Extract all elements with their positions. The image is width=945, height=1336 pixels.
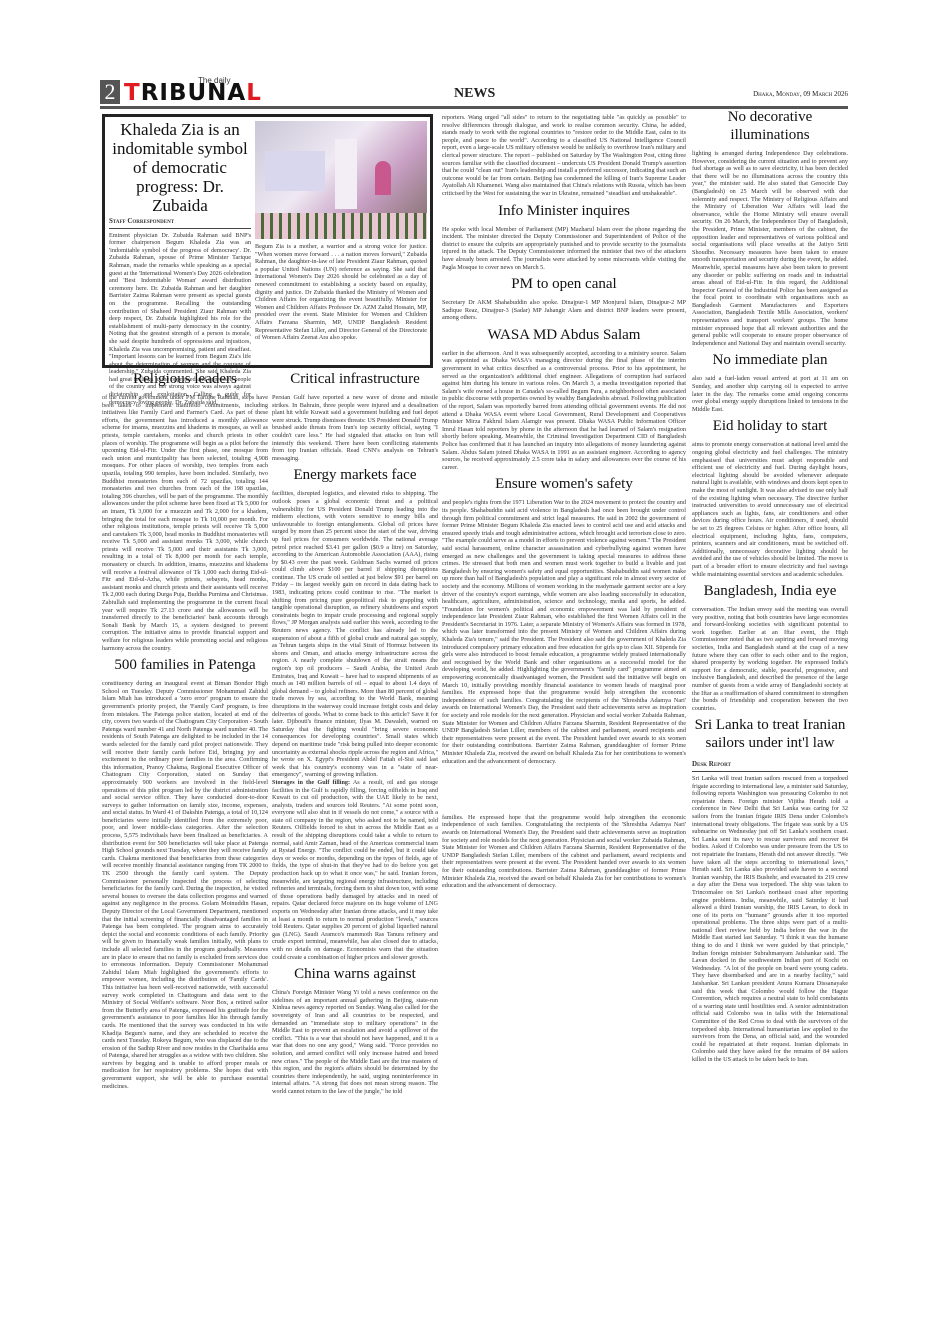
photo-screen (265, 151, 325, 191)
lead-byline: Staff Correspondent (109, 218, 251, 229)
critical-infra-headline[interactable]: Critical infrastructure (272, 366, 438, 394)
photo-speaker (375, 161, 391, 195)
newspaper-logo: TRIBUNAL (124, 80, 262, 106)
critical-infra-body: Persian Gulf have reported a new wave of… (272, 394, 438, 462)
energy-body: facilities, disrupted logistics, and ele… (272, 490, 438, 779)
column-2: Critical infrastructure Persian Gulf hav… (272, 366, 438, 1266)
patenga-headline[interactable]: 500 families in Patenga (102, 652, 268, 680)
pm-canal-headline[interactable]: PM to open canal (442, 271, 686, 299)
info-minister-headline[interactable]: Info Minister inquires (442, 198, 686, 226)
women-safety-headline[interactable]: Ensure women's safety (442, 471, 686, 499)
energy-body-2: As a result, oil and gas storage facilit… (272, 779, 438, 961)
china-continued: reporters. Wang urged "all sides" to ret… (442, 114, 686, 198)
eid-holiday-body: aims to promote energy conservation at n… (692, 441, 848, 578)
energy-headline[interactable]: Energy markets face (272, 462, 438, 490)
no-plan-body: also said a fuel-laden vessel arrived at… (692, 375, 848, 413)
no-plan-headline[interactable]: No immediate plan (692, 347, 848, 375)
bd-india-body: conversation. The Indian envoy said the … (692, 606, 848, 712)
lead-headline[interactable]: Khaleda Zia is an indomitable symbol of … (109, 120, 251, 215)
bd-india-headline[interactable]: Bangladesh, India eye (692, 578, 848, 606)
china-warns-body: China's Foreign Minister Wang Yi told a … (272, 989, 438, 1095)
sri-lanka-headline[interactable]: Sri Lanka to treat Iranian sailors under… (692, 712, 848, 758)
photo-banner (335, 139, 357, 209)
sri-lanka-byline: Desk Report (692, 761, 848, 772)
column-3: reporters. Wang urged "all sides" to ret… (442, 114, 686, 814)
china-warns-headline[interactable]: China warns against (272, 961, 438, 989)
religious-headline[interactable]: Religious leaders (102, 366, 268, 394)
dateline: Dhaka, Monday, 09 March 2026 (753, 90, 848, 98)
section-title: NEWS (454, 86, 495, 102)
wasa-headline[interactable]: WASA MD Abdus Salam (442, 322, 686, 350)
page-number: 2 (100, 80, 120, 104)
energy-subhead: Storages in the Gulf filling: (272, 779, 350, 786)
illuminations-body: lighting is arranged during Independence… (692, 150, 848, 347)
women-safety-body-cont: and people's rights from the 1971 Libera… (442, 814, 686, 890)
pm-canal-body: Secretary Dr AKM Shahabuddin also spoke.… (442, 299, 686, 322)
logo-tagline: The daily (198, 76, 230, 85)
wasa-body: earlier in the afternoon. And it was sub… (442, 350, 686, 472)
lead-story-box: Khaleda Zia is an indomitable symbol of … (102, 114, 433, 368)
photo-flowers (255, 213, 427, 239)
column-1: Religious leaders of the current governm… (102, 366, 268, 1266)
column-3-lower: and people's rights from the 1971 Libera… (442, 814, 686, 1264)
info-minister-body: He spoke with local Member of Parliament… (442, 226, 686, 272)
lead-photo (255, 121, 427, 239)
patenga-body: constituency during an inaugural event a… (102, 680, 268, 1090)
lead-body-col2: Begum Zia is a mother, a warrior and a s… (255, 243, 427, 342)
masthead: 2 TRIBUNAL The daily NEWS Dhaka, Monday,… (100, 78, 848, 109)
eid-holiday-headline[interactable]: Eid holiday to start (692, 413, 848, 441)
newspaper-page: 2 TRIBUNAL The daily NEWS Dhaka, Monday,… (100, 78, 848, 109)
sri-lanka-body: Sri Lanka will treat Iranian sailors res… (692, 775, 848, 1064)
column-4: No decorative illuminations lighting is … (692, 108, 848, 1268)
religious-body: of the current government under PM Tariq… (102, 394, 268, 652)
illuminations-headline[interactable]: No decorative illuminations (692, 108, 848, 150)
women-safety-body: and people's rights from the 1971 Libera… (442, 499, 686, 765)
